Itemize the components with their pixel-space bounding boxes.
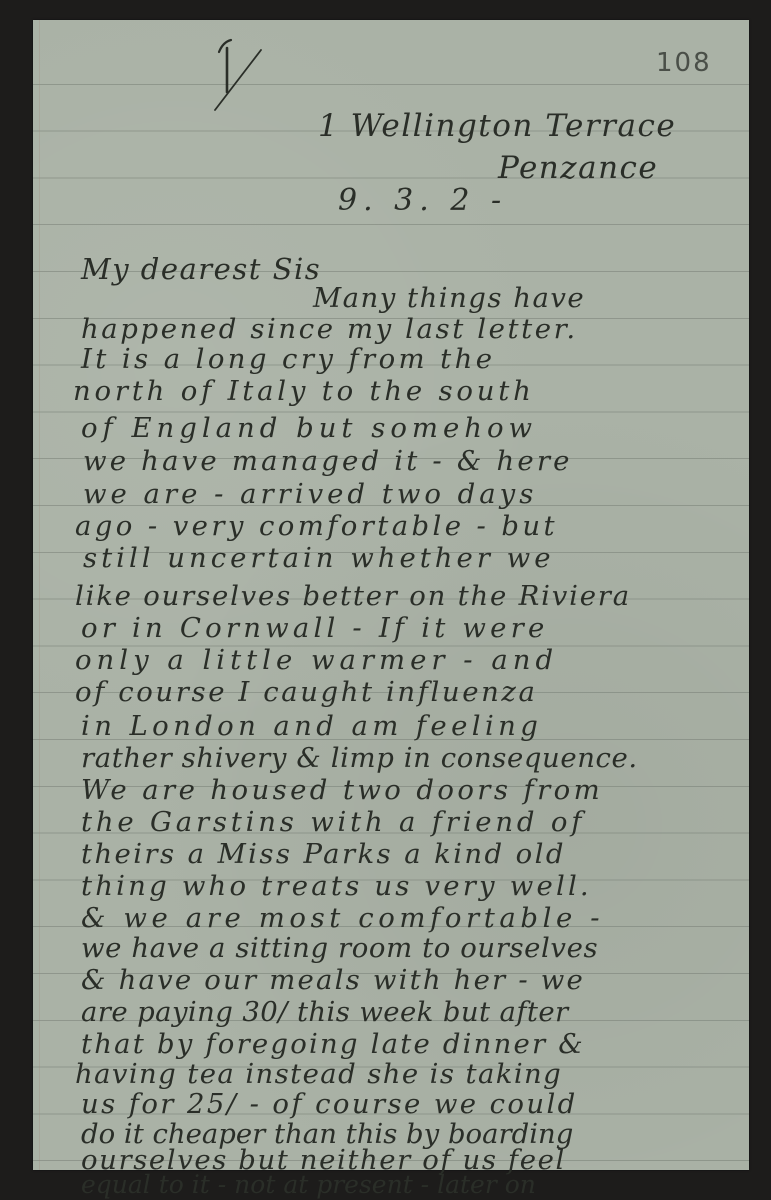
body-line: theirs a Miss Parks a kind old xyxy=(81,838,566,870)
folio-mark-icon xyxy=(201,30,271,120)
salutation: My dearest Sis xyxy=(81,252,321,286)
letter-page: 1/ 108 1 Wellington Terrace Penzance 9. … xyxy=(33,20,749,1170)
body-line: us for 25/ - of course we could xyxy=(81,1088,578,1120)
body-line: having tea instead she is taking xyxy=(75,1058,562,1090)
body-line: We are housed two doors from xyxy=(81,774,603,806)
body-line: ago - very comfortable - but xyxy=(75,510,558,542)
address-line-1: 1 Wellington Terrace xyxy=(318,108,676,144)
body-line: like ourselves better on the Riviera xyxy=(75,580,631,612)
body-line: rather shivery & limp in consequence. xyxy=(81,742,638,774)
body-line: we are - arrived two days xyxy=(83,478,537,510)
body-line: or in Cornwall - If it were xyxy=(81,612,548,644)
letter-date: 9. 3. 2 - xyxy=(338,183,507,218)
body-line: & have our meals with her - we xyxy=(81,964,585,996)
body-line: Many things have xyxy=(313,282,585,314)
body-line: the Garstins with a friend of xyxy=(81,806,585,838)
page-margin-line xyxy=(39,20,40,1170)
body-line: only a little warmer - and xyxy=(75,644,558,676)
body-line: we have a sitting room to ourselves xyxy=(81,932,598,964)
body-line: north of Italy to the south xyxy=(73,375,535,407)
body-line: of course I caught influenza xyxy=(75,676,538,708)
body-line: happened since my last letter. xyxy=(81,313,578,345)
body-line: are paying 30/ this week but after xyxy=(81,996,569,1028)
body-line: equal to it - not at present - later on xyxy=(81,1170,536,1199)
body-line: It is a long cry from the xyxy=(81,343,495,375)
body-line: thing who treats us very well. xyxy=(81,870,592,902)
address-line-2: Penzance xyxy=(498,150,658,186)
body-line: that by foregoing late dinner & xyxy=(81,1028,585,1060)
body-line: of England but somehow xyxy=(81,412,537,444)
body-line: in London and am feeling xyxy=(81,710,542,742)
page-number: 108 xyxy=(656,48,712,78)
body-line: & we are most comfortable - xyxy=(81,902,604,934)
body-line: still uncertain whether we xyxy=(83,542,555,574)
body-line: we have managed it - & here xyxy=(83,445,573,477)
